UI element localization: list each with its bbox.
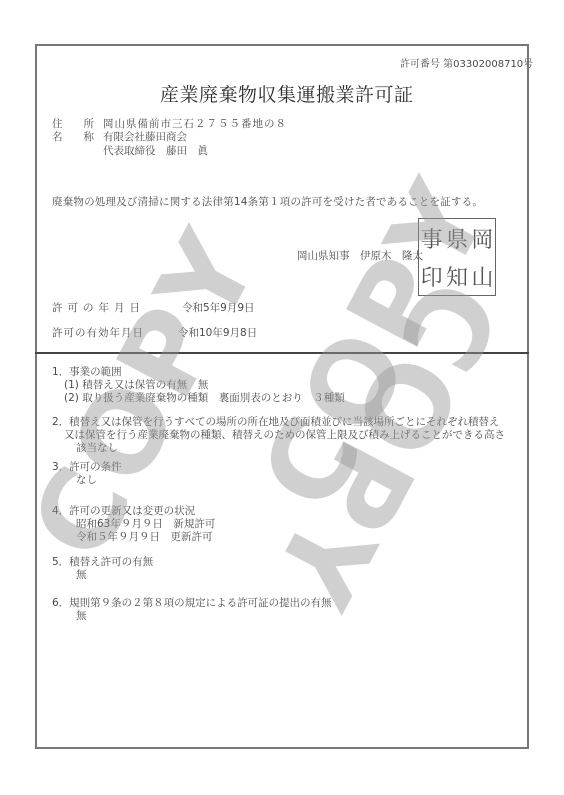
section-heading: 1．事業の範囲 [52, 366, 345, 379]
issue-date-label: 許可の年月日 [52, 302, 145, 315]
certification-text: 廃棄物の処理及び清掃に関する法律第14条第１項の許可を受けた者であることを証する… [52, 196, 483, 209]
address-value: 岡山県備前市三石２７５５番地の８ [103, 118, 287, 131]
section-line: (1) 積替え又は保管の有無 無 [52, 379, 345, 392]
name-label: 名 称 [52, 131, 94, 144]
seal-char: 山 [470, 257, 495, 295]
seal-char: 岡 [470, 219, 495, 257]
issue-date-value: 令和5年9月9日 [182, 302, 255, 315]
section-permit-conditions: 3．許可の条件 なし [52, 461, 122, 487]
seal-char: 事 [419, 219, 444, 257]
section-line: 昭和63年９月９日 新規許可 [52, 518, 215, 531]
section-heading: 2．積替え又は保管を行うすべての場所の所在地及び面積並びに当該場所ごとにそれぞれ… [52, 416, 505, 429]
section-transfer-permit: 5．積替え許可の有無 無 [52, 556, 153, 582]
section-line: (2) 取り扱う産業廃棄物の種類 裏面別表のとおり ３種類 [52, 392, 345, 405]
section-line: なし [52, 474, 122, 487]
section-line: 又は保管を行う産業廃棄物の種類、積替えのための保管上限及び積み上げることができる… [52, 429, 505, 442]
section-business-scope: 1．事業の範囲 (1) 積替え又は保管の有無 無 (2) 取り扱う産業廃棄物の種… [52, 366, 345, 405]
permit-number: 許可番号 第03302008710号 [400, 58, 533, 71]
seal-char: 知 [444, 257, 469, 295]
section-heading: 4．許可の更新又は変更の状況 [52, 505, 215, 518]
section-divider [35, 352, 529, 354]
address-label: 住 所 [52, 118, 94, 131]
representative-name: 代表取締役 藤田 眞 [103, 145, 208, 158]
section-storage-locations: 2．積替え又は保管を行うすべての場所の所在地及び面積並びに当該場所ごとにそれぞれ… [52, 416, 505, 455]
official-seal: 岡 山 県 知 事 印 [418, 218, 496, 296]
section-renewal-history: 4．許可の更新又は変更の状況 昭和63年９月９日 新規許可 令和５年９月９日 更… [52, 505, 215, 544]
section-permit-submission: 6．規則第９条の２第８項の規定による許可証の提出の有無 無 [52, 597, 332, 623]
issuer-name: 岡山県知事 伊原木 隆太 [297, 250, 423, 263]
seal-char: 県 [444, 219, 469, 257]
seal-char: 印 [419, 257, 444, 295]
valid-until-value: 令和10年9月8日 [178, 327, 257, 340]
section-heading: 5．積替え許可の有無 [52, 556, 153, 569]
company-name: 有限会社藤田商会 [103, 131, 187, 144]
section-heading: 6．規則第９条の２第８項の規定による許可証の提出の有無 [52, 597, 332, 610]
valid-until-label: 許可の有効年月日 [52, 327, 144, 340]
section-line: 無 [52, 569, 153, 582]
section-line: 該当なし [52, 442, 505, 455]
document-title: 産業廃棄物収集運搬業許可証 [160, 83, 414, 107]
section-line: 令和５年９月９日 更新許可 [52, 531, 215, 544]
section-heading: 3．許可の条件 [52, 461, 122, 474]
section-line: 無 [52, 610, 332, 623]
